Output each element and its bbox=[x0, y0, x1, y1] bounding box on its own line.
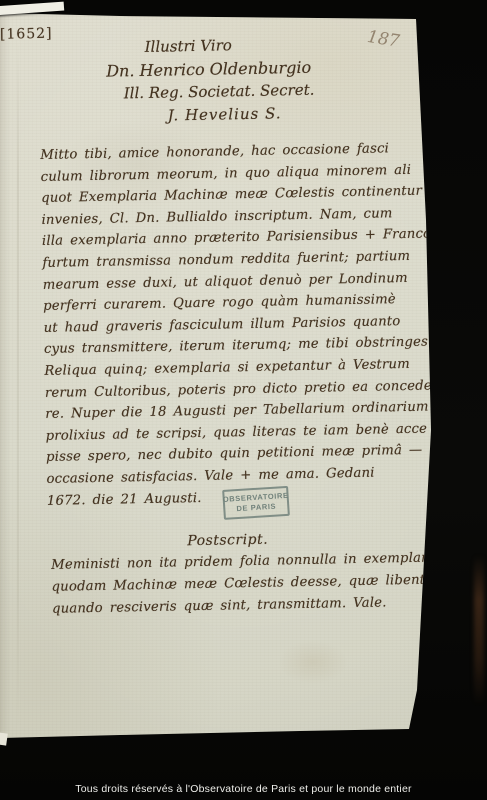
manuscript-scan: [1652] 187 Illustri Viro Dn. Henrico Old… bbox=[0, 0, 487, 800]
stamp-line-2: DE PARIS bbox=[236, 502, 276, 514]
letter-body: Mitto tibi, amice honorande, hac occasio… bbox=[40, 141, 432, 515]
copyright-text: Tous droits réservés à l'Observatoire de… bbox=[75, 783, 411, 795]
book-spine-edge bbox=[474, 555, 484, 705]
observatoire-stamp: OBSERVATOIRE DE PARIS bbox=[222, 486, 290, 520]
manuscript-page: [1652] 187 Illustri Viro Dn. Henrico Old… bbox=[0, 0, 487, 800]
address-line: J. Hevelius S. bbox=[59, 102, 389, 131]
handwritten-content: [1652] 187 Illustri Viro Dn. Henrico Old… bbox=[0, 0, 487, 800]
copyright-banner: Tous droits réservés à l'Observatoire de… bbox=[0, 778, 487, 800]
adjacent-page-edge bbox=[0, 732, 8, 745]
catalog-number-label: [1652] bbox=[0, 26, 53, 43]
postscript-block: Meministi non ita pridem folia nonnulla … bbox=[51, 551, 432, 624]
address-block: Illustri Viro Dn. Henrico Oldenburgio Il… bbox=[48, 33, 390, 132]
adjacent-page-corner bbox=[0, 2, 64, 16]
postscript-title: Postscript. bbox=[58, 529, 398, 552]
